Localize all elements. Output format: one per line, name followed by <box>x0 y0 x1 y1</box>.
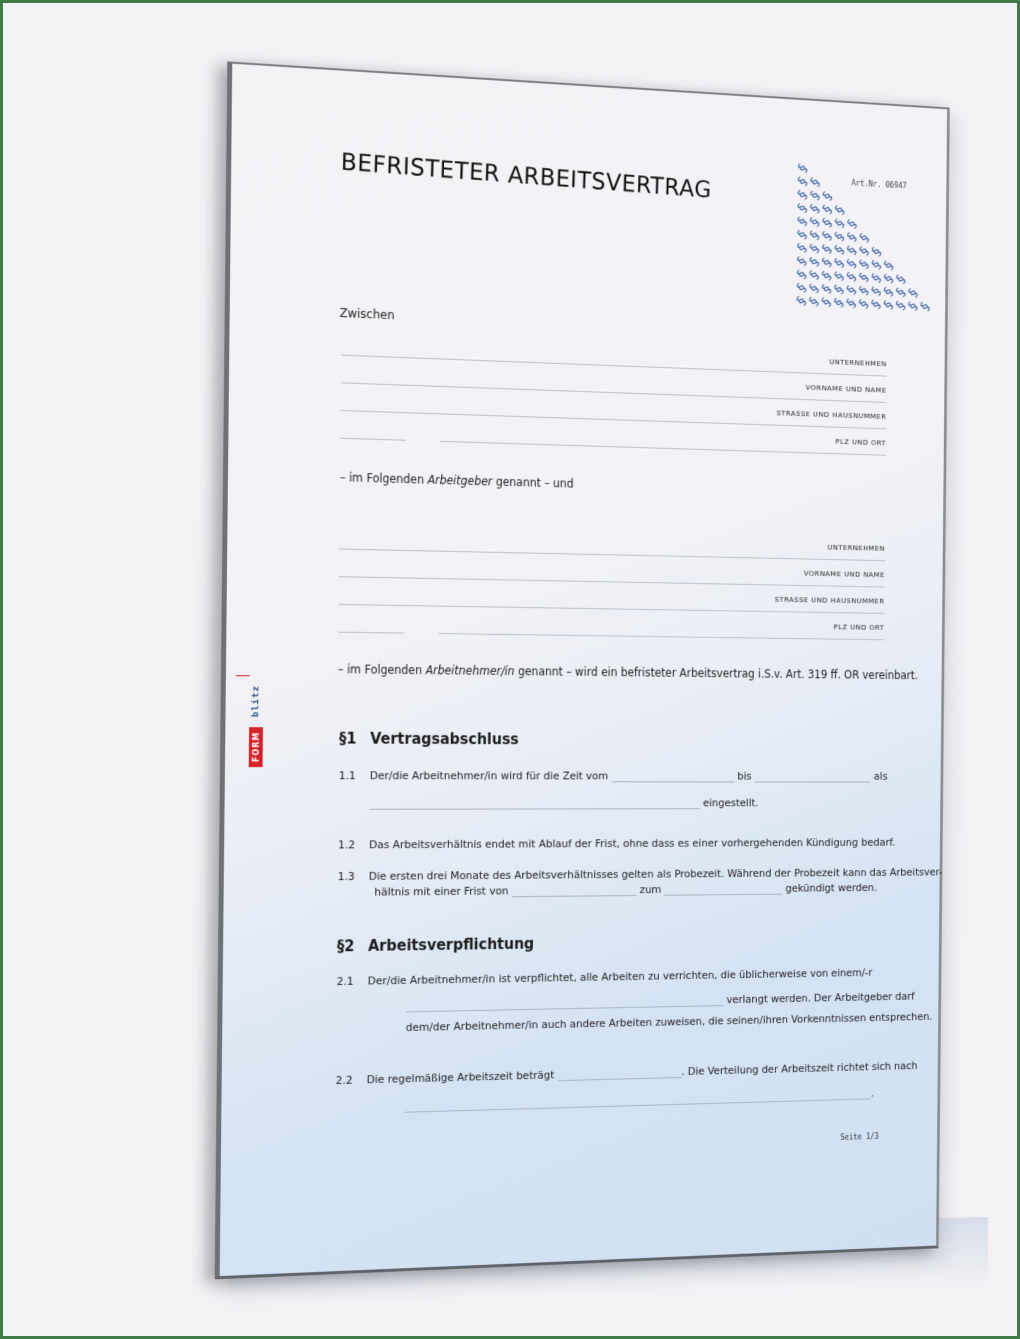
between-label: Zwischen <box>340 306 395 322</box>
paragraph-glyph: § <box>918 300 933 314</box>
clause-text: Der/die Arbeitnehmer/in ist verpflichtet… <box>368 966 873 987</box>
city-line[interactable] <box>440 441 885 456</box>
paragraph-glyph: § <box>819 269 834 283</box>
paragraph-glyph: § <box>807 228 822 243</box>
paragraph-glyph: § <box>881 285 896 299</box>
paragraph-glyph: § <box>807 215 822 230</box>
paragraph-glyph: § <box>833 203 848 218</box>
paragraph-glyph: § <box>794 281 809 296</box>
document-title: BEFRISTETER ARBEITSVERTRAG <box>340 148 711 204</box>
closing-term: Arbeitgeber <box>427 473 492 489</box>
field-caption: STRASSE UND HAUSNUMMER <box>775 595 885 605</box>
position-blank[interactable] <box>369 798 699 810</box>
employee-closing: – im Folgenden Arbeitnehmer/in genannt –… <box>338 662 918 682</box>
clause-text: verlangt werden. Der Arbeitgeber darf <box>406 990 915 1012</box>
paragraph-glyph: § <box>832 296 847 310</box>
city-line[interactable] <box>439 633 885 640</box>
paragraph-glyph: § <box>857 231 872 245</box>
clause-text: Die regelmäßige Arbeitszeit beträgt . Di… <box>367 1060 918 1087</box>
paragraph-glyph: § <box>819 282 834 296</box>
employee-street-field[interactable]: STRASSE UND HAUSNUMMER <box>339 583 885 614</box>
page-indicator: Seite 1/3 <box>840 1132 878 1142</box>
field-caption: STRASSE UND HAUSNUMMER <box>776 409 886 421</box>
paragraph-glyph: § <box>795 174 810 189</box>
employee-city-field[interactable]: PLZ UND ORT <box>338 611 884 640</box>
paragraph-glyph: § <box>869 258 884 272</box>
field-caption: PLZ UND ORT <box>835 437 886 447</box>
text-part: hältnis mit einer Frist von <box>374 885 508 899</box>
clause-2-2-cont: . <box>335 1087 890 1122</box>
paragraph-glyph: § <box>832 243 847 258</box>
start-date-blank[interactable] <box>611 771 734 783</box>
paragraph-glyph: § <box>869 284 884 298</box>
paragraph-glyph: § <box>832 269 847 283</box>
paragraph-glyph: § <box>794 294 809 309</box>
paragraph-glyph: § <box>807 295 822 309</box>
closing-suffix: genannt – und <box>492 475 573 491</box>
field-caption: UNTERNEHMEN <box>827 543 885 553</box>
paragraph-glyph: § <box>857 284 872 298</box>
clause-number: 1.1 <box>339 769 356 782</box>
text-part: Der/die Arbeitnehmer/in wird für die Zei… <box>370 769 609 782</box>
paragraph-glyph: § <box>894 285 909 299</box>
logo-form: FORM <box>249 727 263 767</box>
paragraph-glyph: § <box>845 243 860 257</box>
text-part: . Die Verteilung der Arbeitszeit richtet… <box>681 1060 917 1078</box>
notice-period-blank[interactable] <box>512 884 637 897</box>
text-part: gekündigt werden. <box>786 881 878 894</box>
clause-2-1: 2.1 Der/die Arbeitnehmer/in ist verpflic… <box>337 966 892 995</box>
paragraph-glyph: § <box>807 255 822 270</box>
clause-1-2: 1.2 Das Arbeitsverhältnis endet mit Abla… <box>338 836 893 858</box>
clause-1-1: 1.1 Der/die Arbeitnehmer/in wird für die… <box>339 769 894 789</box>
employee-company-field[interactable]: UNTERNEHMEN <box>339 528 885 561</box>
paragraph-glyph: § <box>857 244 872 258</box>
text-part: eingestellt. <box>703 797 759 809</box>
paragraph-glyph: § <box>795 214 810 229</box>
field-caption: UNTERNEHMEN <box>829 357 887 368</box>
paragraph-glyph: § <box>794 267 809 282</box>
closing-suffix: genannt – wird ein befristeter Arbeitsve… <box>515 664 919 682</box>
closing-prefix: – im Folgenden <box>340 470 428 486</box>
employer-closing: – im Folgenden Arbeitgeber genannt – und <box>340 470 574 490</box>
paragraph-glyph: § <box>844 283 859 297</box>
paragraph-glyph: § <box>795 254 810 269</box>
clause-1-3-cont: hältnis mit einer Frist von zum gekündig… <box>337 881 892 906</box>
paragraph-glyph: § <box>820 255 835 270</box>
paragraph-glyph: § <box>795 241 810 256</box>
contract-page: BEFRISTETER ARBEITSVERTRAG §§§§§§§§§§§§§… <box>215 61 950 1279</box>
postal-code-line[interactable] <box>340 438 406 441</box>
paragraph-glyph: § <box>832 256 847 270</box>
clause-text: . <box>405 1087 874 1113</box>
clause-number: 2.2 <box>336 1074 353 1087</box>
field-caption: PLZ UND ORT <box>834 623 885 632</box>
clause-text: Die ersten drei Monate des Arbeitsverhäl… <box>369 866 943 883</box>
field-caption: VORNAME UND NAME <box>806 383 887 395</box>
paragraph-glyph: § <box>820 229 835 244</box>
logo-tick <box>236 675 250 676</box>
paragraph-glyph: § <box>881 272 896 286</box>
paragraph-glyph: § <box>844 270 859 284</box>
paragraph-glyph: § <box>869 271 884 285</box>
paragraph-glyph: § <box>807 268 822 283</box>
paragraph-glyph: § <box>820 202 835 217</box>
clause-1-1-cont: eingestellt. <box>338 797 893 817</box>
logo-blitz: blitz <box>249 675 263 727</box>
clause-text: Der/die Arbeitnehmer/in wird für die Zei… <box>370 769 888 782</box>
occupation-blank[interactable] <box>406 995 723 1013</box>
paragraph-glyph: § <box>906 299 921 313</box>
paragraph-glyph: § <box>820 242 835 257</box>
paragraph-glyph: § <box>807 241 822 256</box>
paragraph-glyph: § <box>820 216 835 231</box>
end-date-blank[interactable] <box>755 771 871 783</box>
section-number: §2 <box>337 937 368 955</box>
paragraph-glyph: § <box>857 257 872 271</box>
paragraph-glyph: § <box>808 188 823 203</box>
paragraph-glyph: § <box>832 216 847 231</box>
text-part: . <box>871 1087 874 1099</box>
paragraph-glyph: § <box>906 286 921 300</box>
paragraph-glyph: § <box>832 229 847 244</box>
paragraph-glyph: § <box>894 272 909 286</box>
formblitz-logo: blitz FORM <box>249 675 264 767</box>
section-heading: Arbeitsverpflichtung <box>368 935 534 955</box>
paragraph-glyph: § <box>832 282 847 296</box>
paragraph-glyph: § <box>869 245 884 259</box>
text-part: bis <box>737 770 751 782</box>
section-2-title: §2Arbeitsverpflichtung <box>337 935 534 955</box>
stage: BEFRISTETER ARBEITSVERTRAG §§§§§§§§§§§§§… <box>3 3 1017 1336</box>
field-caption: VORNAME UND NAME <box>804 569 885 579</box>
working-hours-blank[interactable] <box>558 1066 682 1081</box>
text-part: Die regelmäßige Arbeitszeit beträgt <box>367 1069 555 1087</box>
paragraph-glyph: § <box>845 230 860 244</box>
paragraph-glyph: § <box>882 258 897 272</box>
clause-text: eingestellt. <box>369 797 758 810</box>
paragraph-glyph: § <box>845 217 860 232</box>
section-heading: Vertragsabschluss <box>370 730 519 748</box>
paragraph-glyph: § <box>795 188 810 203</box>
paragraph-glyph: § <box>807 281 822 296</box>
employee-name-field[interactable]: VORNAME UND NAME <box>339 555 885 587</box>
paragraph-glyph: § <box>844 296 859 310</box>
text-part: verlangt werden. Der Arbeitgeber darf <box>726 990 914 1006</box>
section-number: §1 <box>339 730 370 748</box>
paragraph-glyph: § <box>808 175 823 190</box>
paragraph-glyph: § <box>819 295 834 309</box>
clause-number: 1.3 <box>338 870 355 883</box>
clause-number: 2.1 <box>337 975 354 988</box>
schedule-basis-blank[interactable] <box>405 1088 871 1113</box>
paragraph-glyph: § <box>856 297 871 311</box>
paragraph-glyph: § <box>795 201 810 216</box>
termination-date-blank[interactable] <box>664 883 782 896</box>
clause-number: 1.2 <box>338 838 355 851</box>
clause-text: Das Arbeitsverhältnis endet mit Ablauf d… <box>369 836 895 851</box>
section-1-title: §1Vertragsabschluss <box>339 730 519 748</box>
paragraph-glyph: § <box>808 202 823 217</box>
paragraph-glyph: § <box>869 297 884 311</box>
paragraph-glyph: § <box>894 299 909 313</box>
paragraph-glyph: § <box>795 228 810 243</box>
paragraph-glyph: § <box>881 298 896 312</box>
closing-term: Arbeitnehmer/in <box>426 663 515 678</box>
text-part: als <box>874 770 888 782</box>
paragraph-glyph: § <box>844 257 859 271</box>
postal-code-line[interactable] <box>338 632 404 634</box>
closing-prefix: – im Folgenden <box>338 662 426 677</box>
paragraph-glyph: § <box>820 189 835 204</box>
paragraph-glyph: § <box>857 270 872 284</box>
paragraph-glyph: § <box>796 161 811 176</box>
text-part: zum <box>640 883 662 896</box>
